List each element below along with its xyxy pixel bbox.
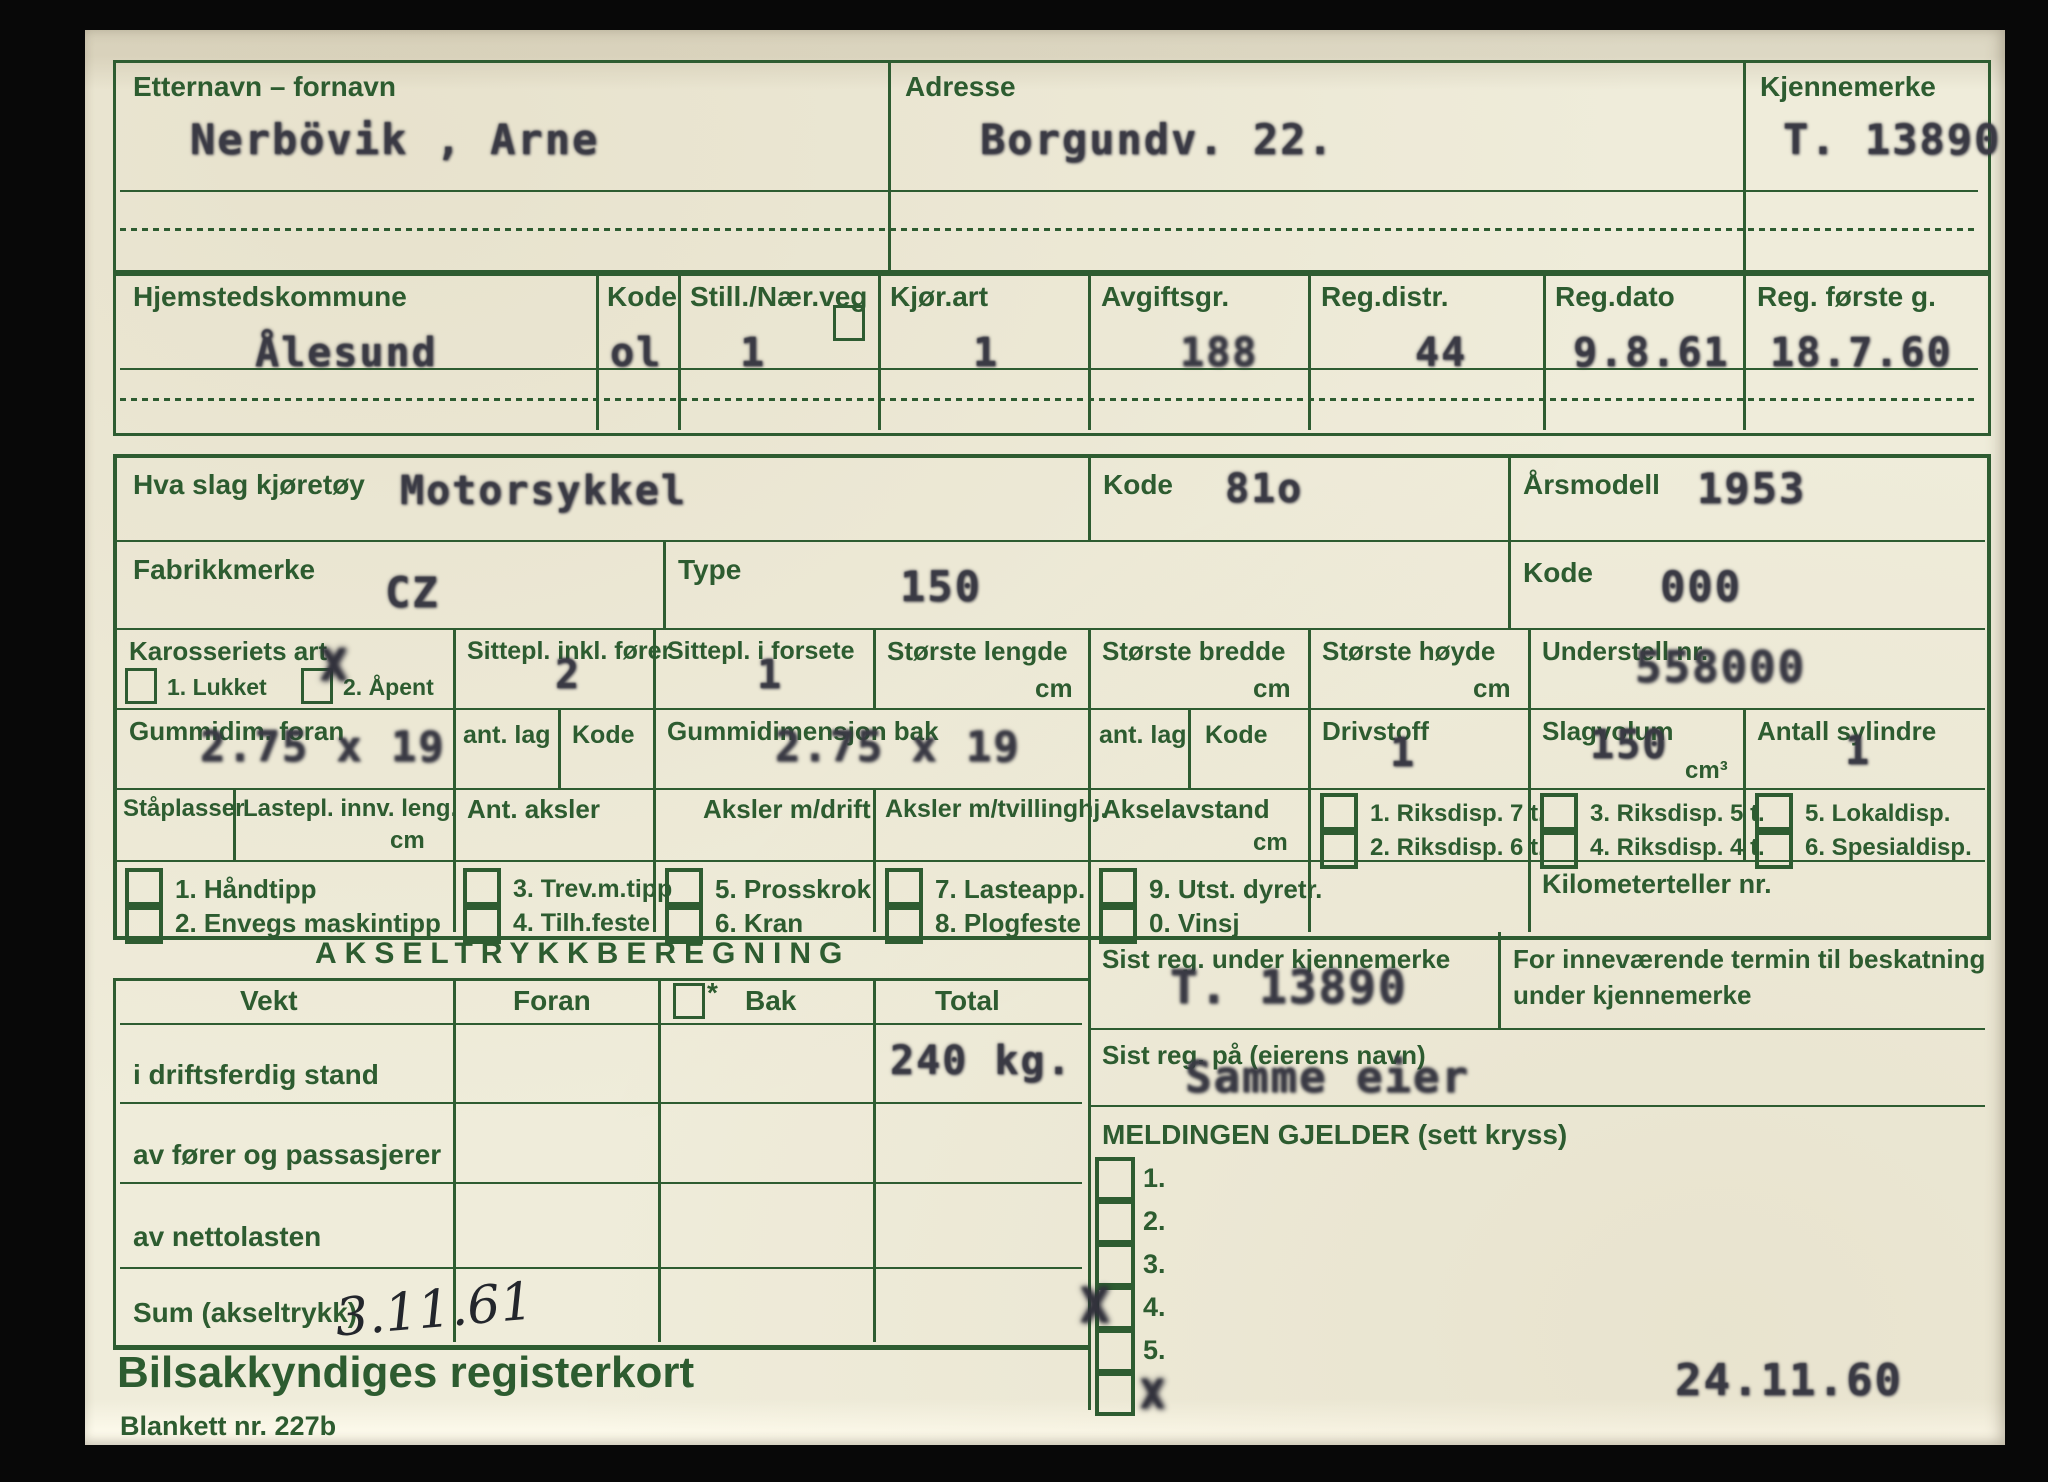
divider-line [1088,454,1091,540]
bak-star-checkbox [673,983,705,1019]
karosseri-apent-label: 2. Åpent [343,675,434,699]
weight-row4-label: Sum (akseltrykk) [133,1298,357,1327]
riksdisp-4: 4. Riksdisp. 4 t. [1540,827,1765,869]
col-total-header: Total [935,986,1000,1015]
divider-line [1543,270,1546,430]
dotted-line [120,228,1978,231]
divider-line [596,270,599,430]
divider-line [1088,628,1091,708]
riksdisp-3-label: 3. Riksdisp. 5 t. [1590,800,1765,828]
col-bak-header: Bak [745,986,796,1015]
address-value: Borgundv. 22. [980,115,1335,164]
divider-line [873,860,876,932]
model-year-label: Årsmodell [1523,470,1660,499]
ant-lag-label: ant. lag [463,722,551,748]
width-label: Største bredde [1102,638,1286,665]
kode-label: Kode [607,282,677,311]
meldingen-1-checkbox [1095,1157,1135,1201]
ant-lag2-label: ant. lag [1099,722,1187,748]
divider-line [663,540,666,628]
equip-8-label: 8. Plogfeste [935,908,1081,939]
aksler-tvilling-label: Aksler m/tvillinghj. [885,796,1107,822]
slagvolum-value: 150 [1590,722,1668,768]
equip-0: 0. Vinsj [1099,902,1240,944]
last-reg-value: T. 13890 [1170,960,1408,1014]
riksdisp-2-label: 2. Riksdisp. 6 t. [1370,834,1545,862]
equip-7-label: 7. Lasteapp. [935,874,1085,905]
lastepl-label: Lastepl. innv. leng. [243,796,457,821]
divider-line [878,270,881,430]
front-seats-value: 1 [757,652,783,698]
divider-line [1508,454,1511,540]
chassis-value: 558000 [1635,642,1806,693]
weight-row1-label: i driftsferdig stand [133,1060,379,1089]
divider-line [1743,270,1746,430]
sylindre-value: 1 [1845,728,1871,774]
name-label: Etternavn – fornavn [133,72,396,101]
karosseri-lukket-label: 1. Lukket [167,675,267,699]
ant-aksler-label: Ant. aksler [467,796,600,823]
meldingen-3-label: 3. [1143,1250,1166,1278]
equip-6-label: 6. Kran [715,908,803,939]
height-label: Største høyde [1322,638,1495,665]
row-line [113,540,1985,542]
aksler-drift-label: Aksler m/drift [703,796,871,823]
divider-line [653,788,656,860]
equip-5-label: 5. Prosskrok [715,874,871,905]
card-paper: Etternavn – fornavn Nerbövik , Arne Adre… [85,30,2005,1445]
divider-line [453,860,456,932]
divider-line [453,708,456,788]
dotted-line [120,398,1978,401]
cm3-unit: cm³ [1685,758,1728,783]
row-line [1088,1105,1985,1107]
card-title: Bilsakkyndiges registerkort [117,1350,694,1396]
kode-value: ol [610,330,662,376]
divider-line [1743,708,1746,788]
municipality-label: Hjemstedskommune [133,282,407,311]
km-counter-label: Kilometerteller nr. [1542,870,1772,898]
type-code-value: 000 [1660,562,1742,611]
divider-line [653,708,656,788]
divider-line [1528,860,1531,932]
address-label: Adresse [905,72,1016,101]
termin-label-line1: For inneværende termin til beskatning [1513,946,1985,973]
tyre-kode-label: Kode [572,722,635,748]
length-cm-unit: cm [1035,675,1073,702]
meldingen-5-checkbox [1095,1329,1135,1373]
bak-star: * [707,978,718,1007]
meldingen-5-label: 5. [1143,1336,1166,1364]
row-line [113,628,1985,630]
meldingen-4-x-mark: X [1080,1278,1109,1334]
regforste-label: Reg. første g. [1757,282,1936,311]
tyre-front-value: 2.75 x 19 [200,722,446,771]
plate-label: Kjennemerke [1760,72,1936,101]
divider-line [1308,788,1311,860]
type-value: 150 [900,562,982,611]
row-line [120,1267,1082,1269]
tyre-rear-value: 2.75 x 19 [775,722,1021,771]
akselavstand-label: Akselavstand [1102,796,1270,823]
col-foran-header: Foran [513,986,591,1015]
equip-2-label: 2. Envegs maskintipp [175,908,441,939]
type-label: Type [678,555,741,584]
regdistr-value: 44 [1415,330,1467,376]
divider-line [888,60,891,270]
type-code-label: Kode [1523,558,1593,587]
divider-line [873,628,876,708]
divider-line [1188,708,1191,788]
weight-row3-label: av nettolasten [133,1222,321,1251]
width-cm-unit: cm [1253,675,1291,702]
blankett-number: Blankett nr. 227b [120,1412,336,1440]
equip-8: 8. Plogfeste [885,902,1081,944]
write-line [120,190,1978,192]
divider-line [1498,932,1501,1028]
regdistr-label: Reg.distr. [1321,282,1449,311]
regdato-value: 9.8.61 [1573,330,1730,376]
meldingen-2-label: 2. [1143,1207,1166,1235]
tyre-kode2-label: Kode [1205,722,1268,748]
divider-line [1308,708,1311,788]
height-cm-unit: cm [1473,675,1511,702]
divider-line [1088,932,1091,1410]
riksdisp-4-checkbox [1540,827,1578,869]
equip-1-label: 1. Håndtipp [175,874,317,905]
equip-0-checkbox [1099,902,1137,944]
lastepl-cm-unit: cm [390,828,425,853]
divider-line [1528,628,1531,708]
row-line [113,788,1985,790]
row-line [120,1182,1082,1184]
model-year-value: 1953 [1697,464,1806,513]
spesialdisp-checkbox [1755,827,1793,869]
meldingen-label: MELDINGEN GJELDER (sett kryss) [1102,1120,1567,1149]
kjorart-value: 1 [973,330,999,376]
weight-row1-total: 240 kg. [890,1038,1073,1084]
avgiftsgr-value: 188 [1180,330,1258,376]
row-line [120,1102,1082,1104]
drivstoff-value: 1 [1390,730,1416,776]
equip-0-label: 0. Vinsj [1149,908,1240,939]
meldingen-1-label: 1. [1143,1164,1166,1192]
meldingen-4-label: 4. [1143,1293,1166,1321]
divider-line [1088,270,1091,430]
make-label: Fabrikkmerke [133,555,315,584]
riksdisp-4-label: 4. Riksdisp. 4 t. [1590,834,1765,862]
divider-line [453,628,456,708]
kjorart-label: Kjør.art [890,282,988,311]
equip-2-checkbox [125,902,163,944]
equip-8-checkbox [885,902,923,944]
meldingen-6-x-mark: X [1140,1372,1164,1418]
regforste-value: 18.7.60 [1770,330,1953,376]
termin-label-line2: under kjennemerke [1513,982,1751,1009]
staplasser-label: Ståplasser [123,796,244,821]
still-naerveg-checkbox [833,305,865,341]
akselavstand-cm-unit: cm [1253,830,1288,855]
equip-9-label: 9. Utst. dyretr. [1149,874,1322,905]
seats-value: 2 [555,652,581,698]
divider-line [1508,540,1511,628]
spesialdisp: 6. Spesialdisp. [1755,827,1972,869]
equip-4-label: 4. Tilh.feste [513,909,650,938]
karosseri-x-mark: X [320,640,347,691]
row-line [1088,1028,1985,1030]
plate-value: T. 13890 [1783,115,2001,164]
spesialdisp-label: 6. Spesialdisp. [1805,834,1972,862]
regdato-label: Reg.dato [1555,282,1675,311]
divider-line [558,708,561,788]
divider-line [1528,708,1531,788]
length-label: Største lengde [887,638,1068,665]
bottom-right-date: 24.11.60 [1675,1355,1903,1406]
riksdisp-1-label: 1. Riksdisp. 7 t. [1370,800,1545,828]
equip-3-label: 3. Trev.m.tipp [513,875,672,904]
divider-line [1088,708,1091,788]
kind-code-label: Kode [1103,470,1173,499]
divider-line [873,978,876,1342]
col-vekt-header: Vekt [240,986,298,1015]
kind-value: Motorsykkel [400,468,687,514]
row-line [120,1023,1082,1025]
kind-label: Hva slag kjøretøy [133,470,365,499]
still-naerveg-value: 1 [740,330,766,376]
lokaldisp-label: 5. Lokaldisp. [1805,800,1950,828]
make-value: CZ [385,568,440,617]
meldingen-2-checkbox [1095,1200,1135,1244]
divider-line [1308,628,1311,708]
riksdisp-2-checkbox [1320,827,1358,869]
weight-table-title: AKSELTRYKKBEREGNING [315,938,850,970]
name-value: Nerbövik , Arne [190,115,599,164]
karosseri-lukket-checkbox [125,668,157,704]
row-line [113,708,1985,710]
avgiftsgr-label: Avgiftsgr. [1101,282,1229,311]
divider-line [1088,860,1091,932]
divider-line [658,978,661,1342]
meldingen-6-checkbox [1095,1372,1135,1416]
divider-line [678,270,681,430]
scanned-registration-card: Etternavn – fornavn Nerbövik , Arne Adre… [0,0,2048,1482]
riksdisp-2: 2. Riksdisp. 6 t. [1320,827,1545,869]
karosseri-label: Karosseriets art [129,638,327,665]
kind-code-value: 81o [1225,466,1303,512]
municipality-value: Ålesund [255,330,438,376]
divider-line [873,788,876,860]
owner-value: Samme eier [1185,1052,1470,1103]
weight-row2-label: av fører og passasjerer [133,1140,441,1169]
divider-line [1308,270,1311,430]
divider-line [1743,60,1746,270]
